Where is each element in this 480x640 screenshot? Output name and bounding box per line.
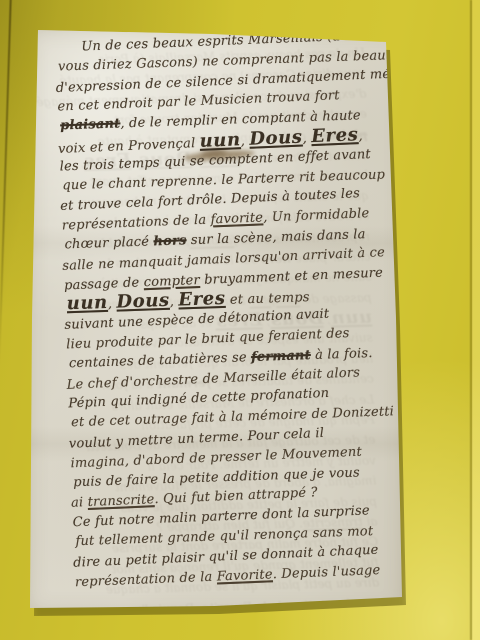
letter-word-emphasis: favorite [210,211,263,228]
letter-word-emphasis: transcrite [87,493,154,511]
letter-text-segment: représentation de la [75,569,217,590]
letter-word-emphasis: Dous [116,290,170,313]
letter-word-emphasis: fermant [251,348,311,365]
letter-text: Un de ces beaux esprits Marseillais (à P… [55,26,411,592]
letter-paper: Un de ces beaux esprits Marseillais (à P… [25,25,407,615]
backdrop-edge-line [470,0,472,640]
letter-word-emphasis: Eres [178,288,226,311]
letter-word-emphasis: hors [153,233,187,249]
letter-word-emphasis: compter [143,273,200,290]
letter-word-emphasis: Favorite [216,567,273,584]
photo-of-handwritten-letter: Un de ces beaux esprits Marseillais (à P… [0,0,480,640]
letter-text-segment: . Depuis l'usage [272,562,380,581]
letter-text-segment: , Un formidable [263,206,370,225]
letter-text-segment: chœur placé [64,234,153,252]
backdrop-right-strip [472,0,480,640]
letter-text-segment: , [358,129,363,144]
letter-word-emphasis: uun [199,129,241,152]
letter-word-emphasis: uun [66,292,108,314]
letter-text-segment: ai [71,495,88,511]
letter-word-emphasis: plaisant [60,117,121,134]
letter-text-segment: centaines de tabatières se [69,350,252,371]
letter-text-segment: à la fois. [311,346,373,363]
letter-word-emphasis: Dous [249,127,303,150]
letter-word-emphasis: Eres [311,124,359,147]
